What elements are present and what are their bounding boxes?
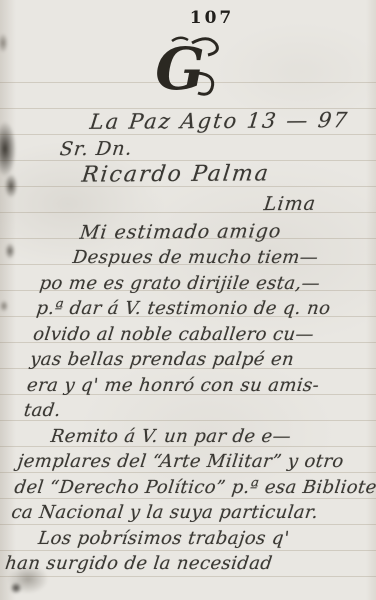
body-line: po me es grato dirijile esta,— xyxy=(38,271,376,297)
letter-body: Despues de mucho tiem— po me es grato di… xyxy=(4,245,376,577)
monogram-letter: G xyxy=(155,35,205,103)
body-line: Despues de mucho tiem— xyxy=(41,245,376,271)
body-line: Remito á V. un par de e— xyxy=(19,424,366,450)
body-line: del “Derecho Político” p.ª esa Bibliote- xyxy=(13,475,360,501)
recipient-city: Lima xyxy=(263,193,318,215)
body-line: olvido al noble caballero cu— xyxy=(32,322,376,348)
greeting-line: Mi estimado amigo xyxy=(79,220,283,243)
body-line: p.ª dar á V. testimonio de q. no xyxy=(35,296,376,322)
body-line: era y q' me honró con su amis- xyxy=(26,373,373,399)
body-line: Los pobrísimos trabajos q' xyxy=(7,526,354,552)
body-line: han surgido de la necesidad xyxy=(4,551,351,577)
body-line: jemplares del “Arte Militar” y otro xyxy=(16,449,363,475)
recipient-name: Ricardo Palma xyxy=(80,161,271,187)
body-line: tad. xyxy=(22,398,369,424)
body-line: yas bellas prendas palpé en xyxy=(29,347,376,373)
page-number: 107 xyxy=(190,8,235,28)
date-line: La Paz Agto 13 — 97 xyxy=(89,108,351,134)
ink-blotch xyxy=(0,30,10,56)
ink-blotch xyxy=(0,112,20,186)
ink-blotch xyxy=(2,170,20,202)
salutation: Sr. Dn. xyxy=(59,138,134,161)
ink-blotch xyxy=(0,298,10,314)
ink-blotch xyxy=(3,240,17,262)
manuscript-page: 107 G La Paz Agto 13 — 97 Sr. Dn. Ricard… xyxy=(0,0,376,600)
body-line: ca Nacional y la suya particular. xyxy=(10,500,357,526)
ink-smudge xyxy=(8,580,24,596)
monogram-ornament: G xyxy=(142,35,224,103)
